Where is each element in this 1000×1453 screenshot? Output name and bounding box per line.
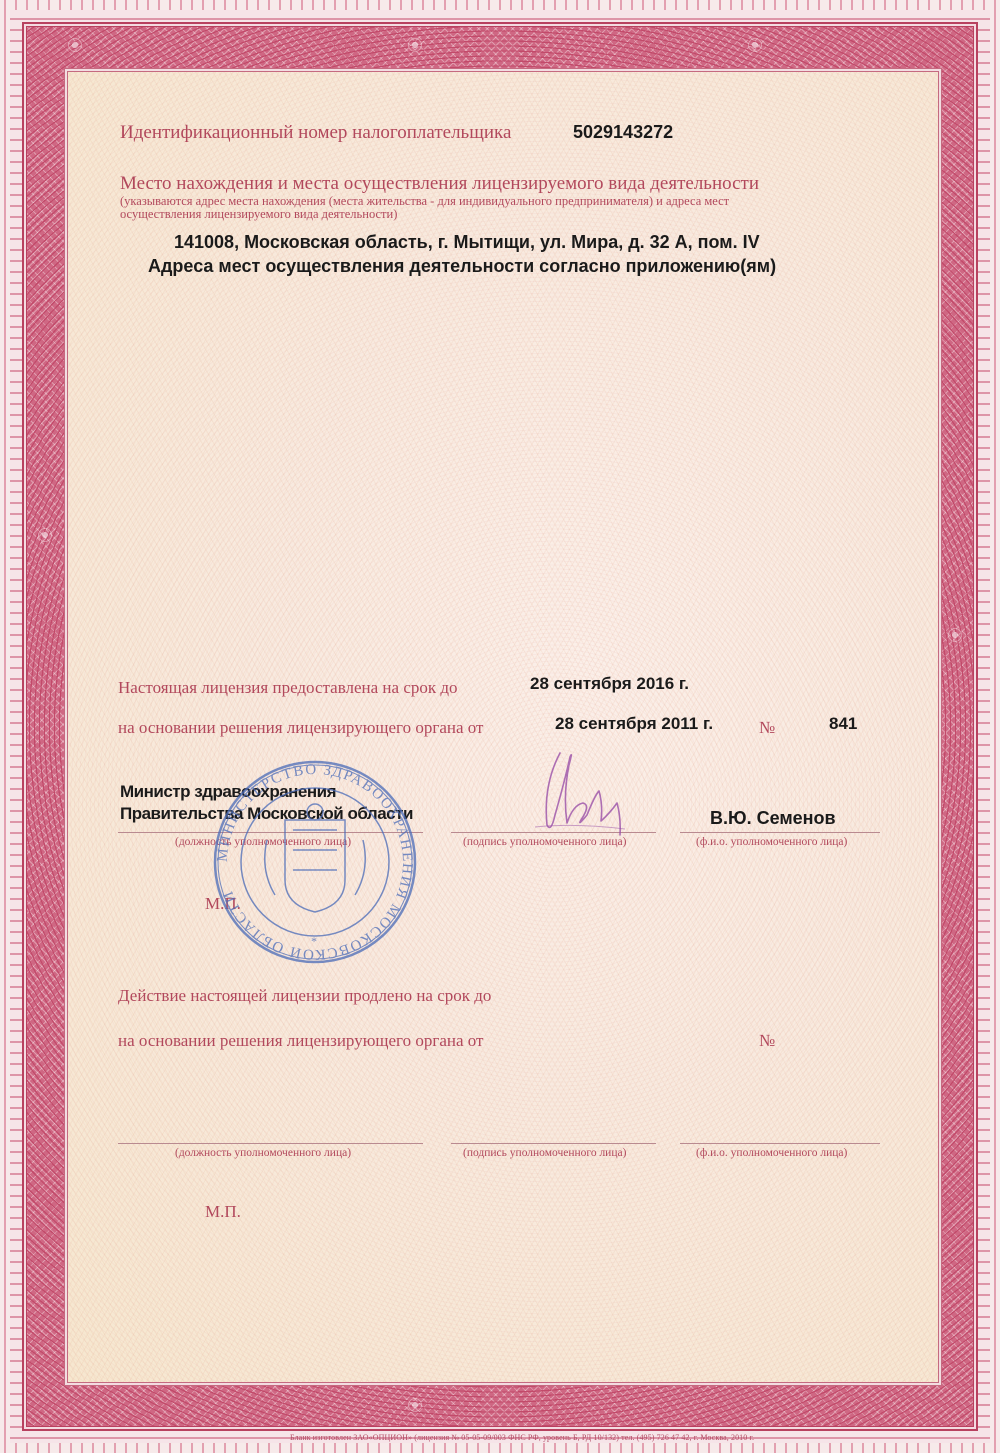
caption-signature: (подпись уполномоченного лица) [463, 836, 626, 848]
signatory-position-line1: Министр здравоохранения [120, 782, 336, 802]
inn-label: Идентификационный номер налогоплательщик… [120, 122, 511, 144]
seal-placeholder: М.П. [205, 894, 241, 914]
address-line1: 141008, Московская область, г. Мытищи, у… [174, 232, 760, 253]
decision-date: 28 сентября 2011 г. [555, 714, 713, 734]
decision-label: на основании решения лицензирующего орга… [118, 718, 483, 738]
extension-seal-placeholder: М.П. [205, 1202, 241, 1222]
frame-ornament-icon [32, 522, 58, 548]
signature-line [451, 832, 656, 833]
location-hint-line2: осуществления лицензируемого вида деятел… [120, 207, 397, 221]
address-line2: Адреса мест осуществления деятельности с… [148, 256, 776, 277]
location-hint-line1: (указываются адрес места нахождения (мес… [120, 194, 729, 208]
extension-decision-label: на основании решения лицензирующего орга… [118, 1031, 483, 1051]
frame-ornament-icon [62, 32, 88, 58]
signatory-name: В.Ю. Семенов [710, 808, 836, 829]
location-label: Место нахождения и места осуществления л… [120, 173, 759, 195]
extension-name-line [680, 1143, 880, 1144]
frame-ornament-icon [742, 32, 768, 58]
term-value: 28 сентября 2016 г. [530, 674, 689, 694]
name-line [680, 832, 880, 833]
frame-ornament-icon [402, 32, 428, 58]
extension-term-label: Действие настоящей лицензии продлено на … [118, 986, 491, 1006]
license-page: Идентификационный номер налогоплательщик… [68, 72, 938, 1382]
extension-caption-position: (должность уполномоченного лица) [175, 1147, 351, 1159]
extension-position-line [118, 1143, 423, 1144]
frame-ornament-icon [942, 622, 968, 648]
frame-ornament-icon [402, 1392, 428, 1418]
term-label: Настоящая лицензия предоставлена на срок… [118, 678, 458, 698]
decision-number: 841 [829, 714, 857, 734]
caption-position: (должность уполномоченного лица) [175, 836, 351, 848]
extension-caption-signature: (подпись уполномоченного лица) [463, 1147, 626, 1159]
printer-note: Бланк изготовлен ЗАО«ОПЦИОН» (лицензия №… [290, 1433, 754, 1442]
caption-name: (ф.и.о. уполномоченного лица) [696, 836, 847, 848]
position-line [118, 832, 423, 833]
extension-caption-name: (ф.и.о. уполномоченного лица) [696, 1147, 847, 1159]
number-sign: № [759, 718, 775, 738]
extension-signature-line [451, 1143, 656, 1144]
inn-value: 5029143272 [573, 122, 673, 143]
signatory-position-line2: Правительства Московской области [120, 804, 413, 824]
extension-number-sign: № [759, 1031, 775, 1051]
